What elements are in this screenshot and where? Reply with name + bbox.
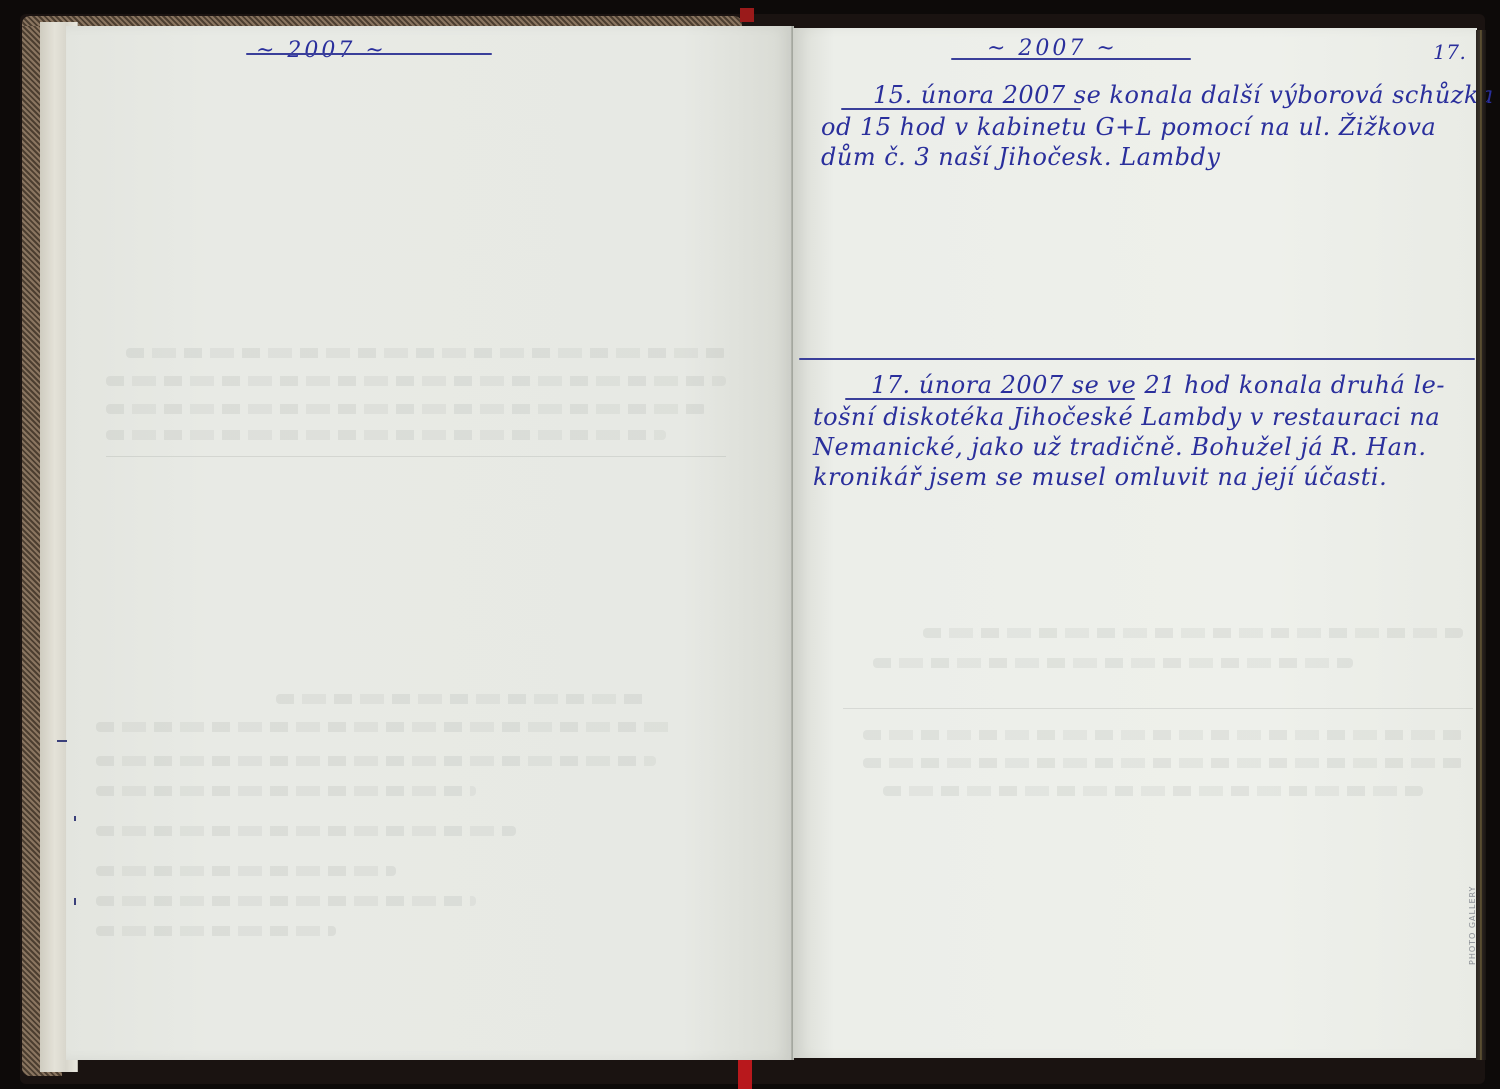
margin-tick xyxy=(74,816,76,821)
page-number: 17. xyxy=(1433,40,1466,64)
show-through-text xyxy=(106,404,706,414)
show-through-text xyxy=(96,926,336,936)
margin-tick xyxy=(57,740,67,742)
show-through-rule xyxy=(843,708,1473,709)
show-through-text xyxy=(106,430,666,440)
entry-separator-rule xyxy=(799,358,1475,360)
entry-2-line-4: kronikář jsem se musel omluvit na její ú… xyxy=(813,462,1387,492)
show-through-text xyxy=(96,722,676,732)
bookmark-ribbon xyxy=(738,1058,752,1089)
show-through-text xyxy=(126,348,726,358)
show-through-text xyxy=(96,826,516,836)
left-page: ~ 2007 ~ xyxy=(66,26,792,1060)
entry-2-date-underline xyxy=(845,398,1135,400)
show-through-text xyxy=(863,758,1463,768)
show-through-text xyxy=(923,628,1463,638)
show-through-text xyxy=(276,694,646,704)
show-through-rule xyxy=(106,456,726,457)
show-through-text xyxy=(873,658,1353,668)
entry-2-line-2: tošní diskotéka Jihočeské Lambdy v resta… xyxy=(813,402,1440,432)
show-through-text xyxy=(106,376,726,386)
left-page-year-header: ~ 2007 ~ xyxy=(256,38,387,63)
entry-2-line-1: 17. února 2007 se ve 21 hod konala druhá… xyxy=(871,370,1445,400)
entry-1-line-1: 15. února 2007 se konala další výborová … xyxy=(873,80,1494,110)
photo-gallery-watermark: PHOTO GALLERY xyxy=(1468,886,1477,965)
entry-1-line-3: dům č. 3 naší Jihočesk. Lambdy xyxy=(821,142,1220,172)
cloth-edge-top xyxy=(22,16,742,26)
show-through-text xyxy=(96,756,656,766)
margin-tick xyxy=(74,898,76,905)
show-through-text xyxy=(863,730,1463,740)
left-header-underline xyxy=(246,53,492,55)
right-header-underline xyxy=(951,58,1191,60)
show-through-text xyxy=(96,786,476,796)
entry-2-line-3: Nemanické, jako už tradičně. Bohužel já … xyxy=(813,432,1426,462)
show-through-text xyxy=(883,786,1423,796)
right-page: ~ 2007 ~ 17. 15. února 2007 se konala da… xyxy=(793,28,1477,1058)
show-through-text xyxy=(96,866,396,876)
entry-1-line-2: od 15 hod v kabinetu G+L pomocí na ul. Ž… xyxy=(821,112,1436,142)
page-stack-right xyxy=(1476,30,1486,1060)
show-through-text xyxy=(96,896,476,906)
entry-1-date-underline xyxy=(841,108,1081,110)
bookmark-ribbon-top xyxy=(740,8,754,22)
